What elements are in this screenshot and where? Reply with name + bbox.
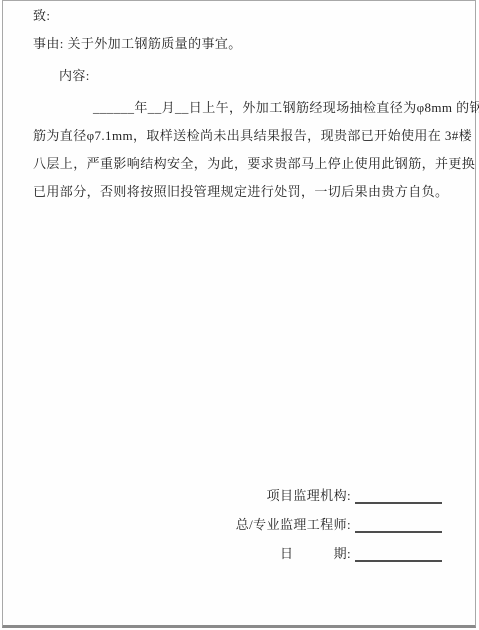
date-label: 日 期:: [280, 543, 351, 562]
body-line-3: 八层上，严重影响结构安全，为此，要求贵部马上停止使用此钢筋，并更换: [33, 150, 463, 178]
engineer-label: 总/专业监理工程师:: [236, 514, 351, 533]
to-label: 致:: [33, 8, 50, 24]
signature-row-org: 项目监理机构:: [32, 486, 442, 504]
subject-text: 关于外加工钢筋质量的事宜。: [67, 36, 241, 51]
subject-label: 事由:: [33, 36, 64, 51]
body-line-2: 筋为直径φ7.1mm，取样送检尚未出具结果报告，现贵部已开始使用在 3#楼: [33, 122, 463, 150]
body-paragraph: ______年__月__日上午，外加工钢筋经现场抽检直径为φ8mm 的钢 筋为直…: [33, 94, 463, 206]
signature-block: 项目监理机构: 总/专业监理工程师: 日 期:: [32, 486, 442, 573]
org-signature-line: [355, 487, 442, 504]
subject-line: 事由: 关于外加工钢筋质量的事宜。: [33, 36, 242, 52]
engineer-signature-line: [355, 516, 442, 533]
body-line-4: 已用部分，否则将按照旧投管理规定进行处罚，一切后果由贵方自负。: [33, 178, 463, 206]
signature-row-engineer: 总/专业监理工程师:: [32, 515, 442, 533]
signature-row-date: 日 期:: [32, 544, 442, 562]
body-line-1: ______年__月__日上午，外加工钢筋经现场抽检直径为φ8mm 的钢: [33, 94, 463, 122]
content-label: 内容:: [59, 68, 90, 84]
document-page: 致: 事由: 关于外加工钢筋质量的事宜。 内容: ______年__月__日上午…: [0, 0, 479, 630]
org-label: 项目监理机构:: [267, 485, 351, 504]
date-signature-line: [355, 545, 442, 562]
